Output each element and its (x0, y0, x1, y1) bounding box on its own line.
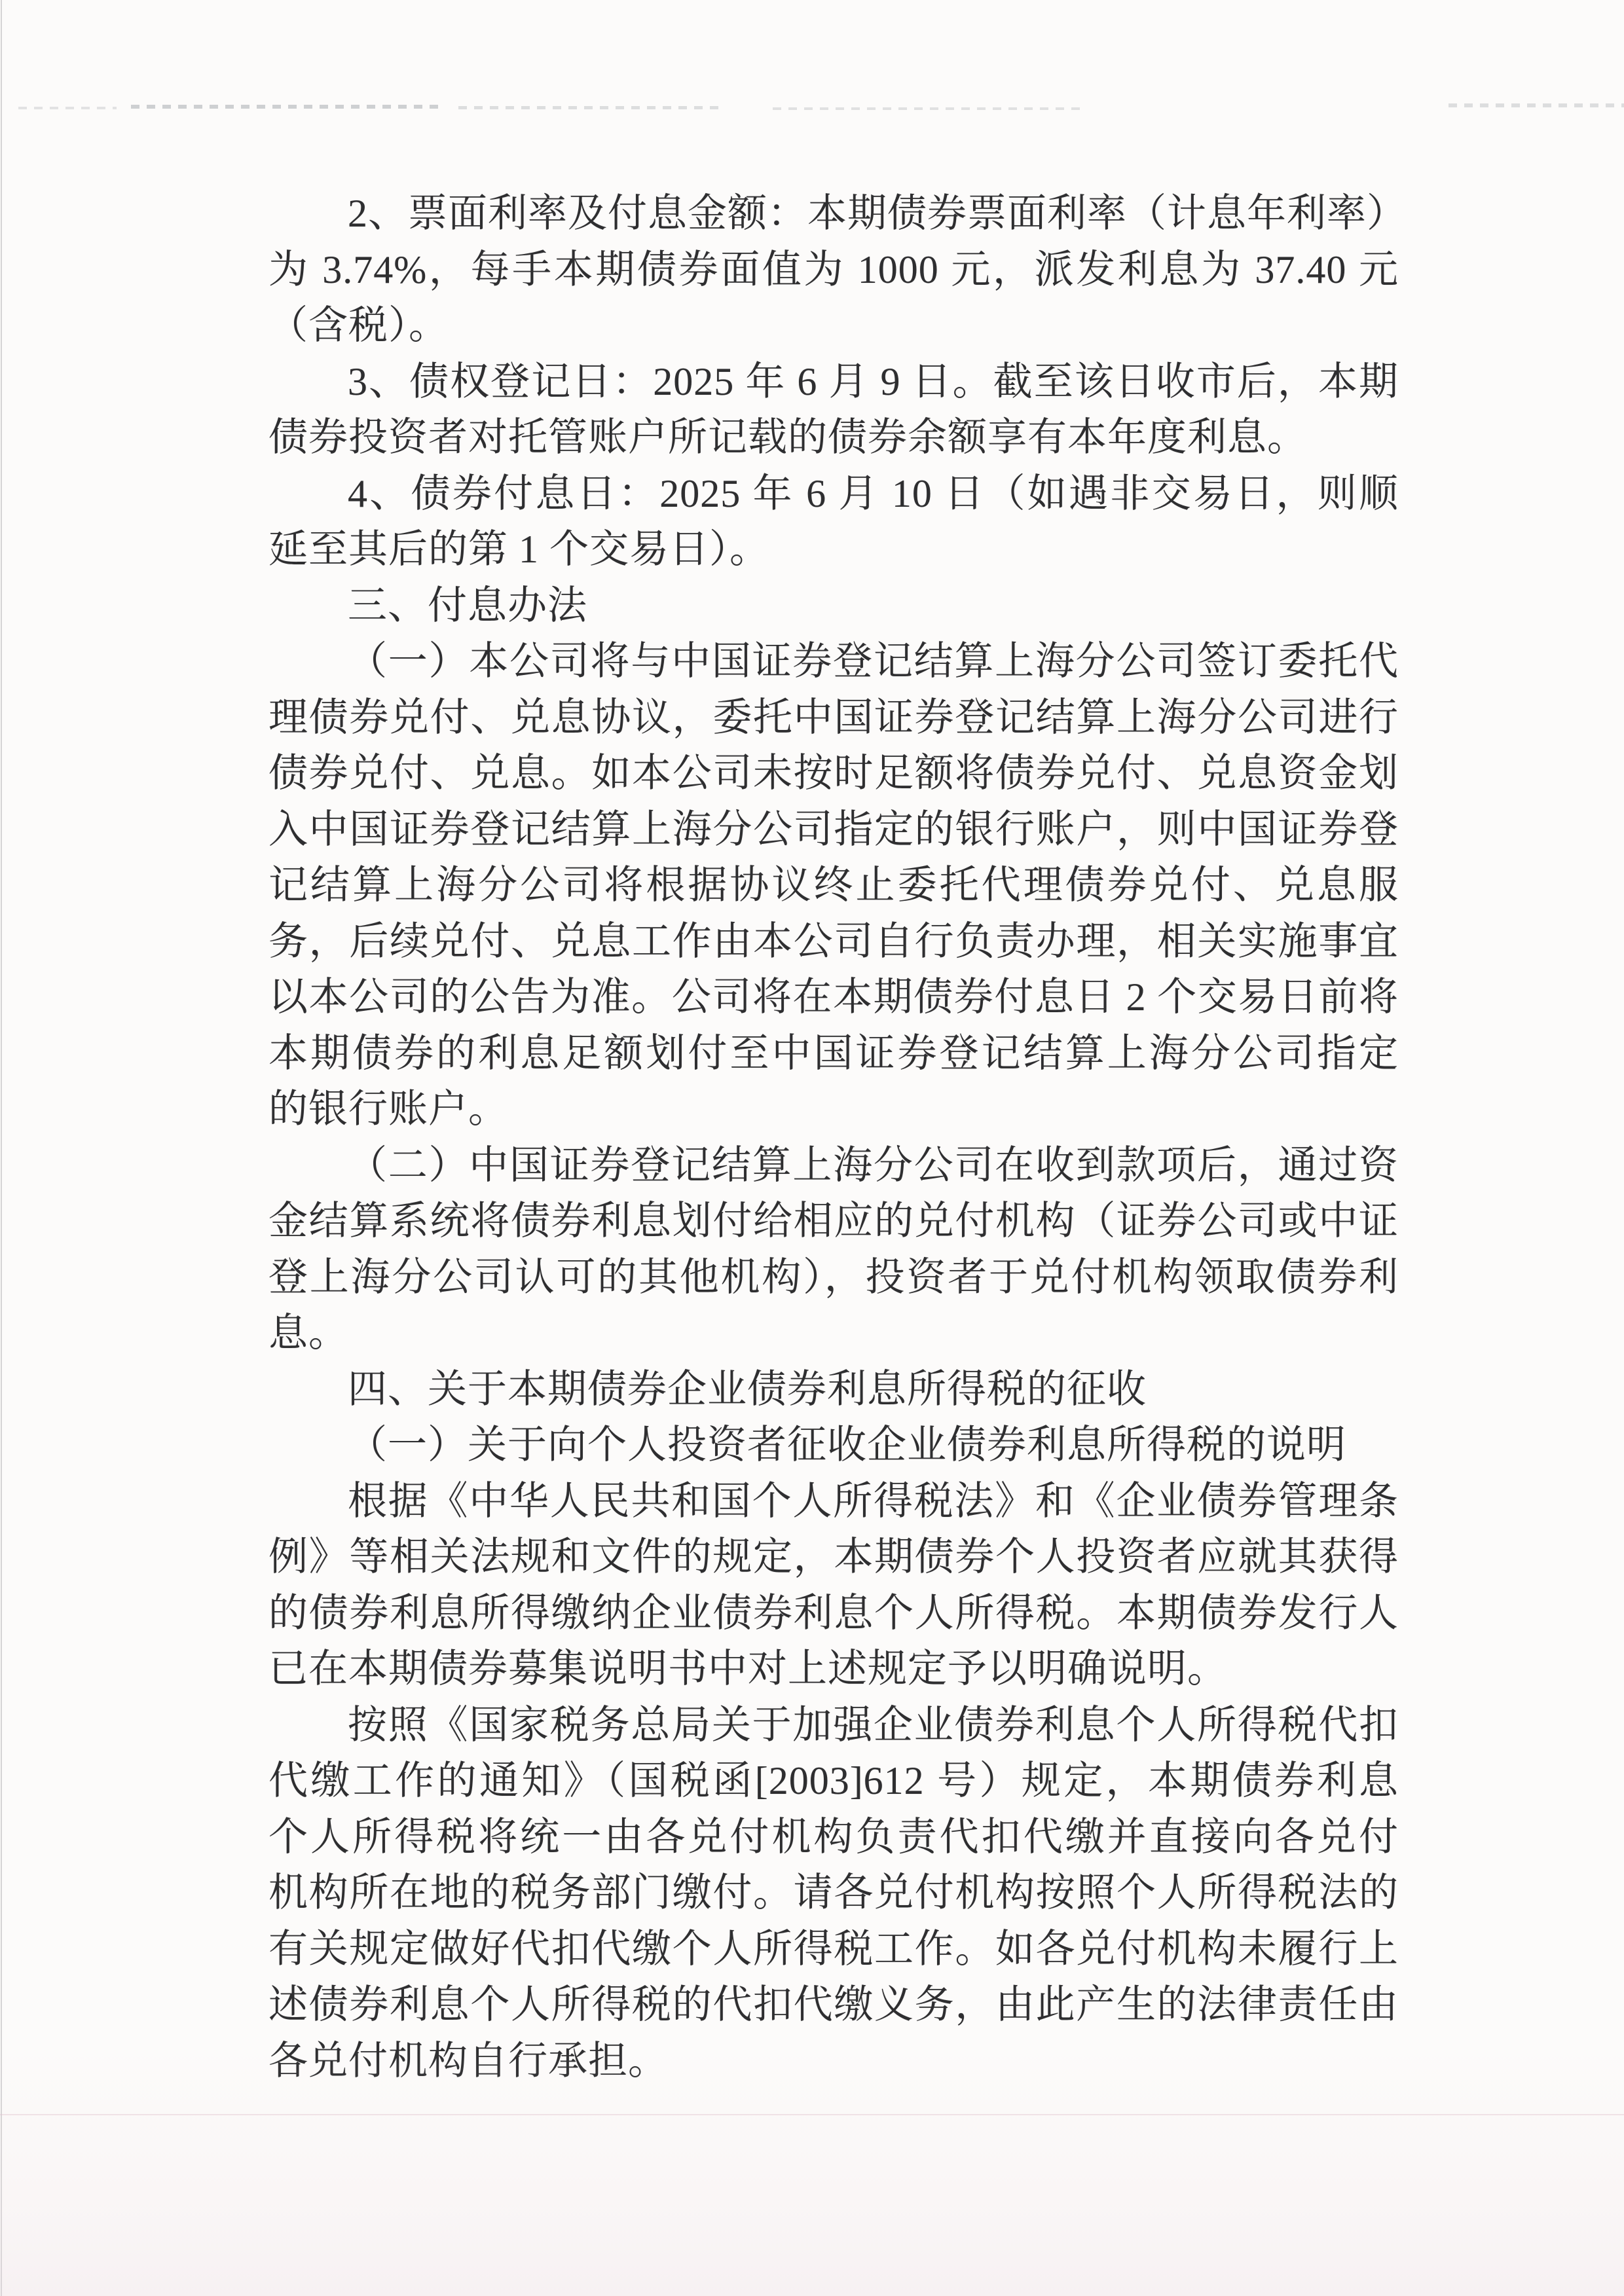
text-line: 机构所在地的税务部门缴付。请各兑付机构按照个人所得税法的 (268, 1865, 1399, 1922)
text-line: 述债券利息个人所得税的代扣代缴义务，由此产生的法律责任由 (268, 1977, 1399, 2033)
text-line: 息。 (268, 1305, 1399, 1362)
text-line: 延至其后的第 1 个交易日）。 (268, 522, 1399, 578)
text-line: 已在本期债券募集说明书中对上述规定予以明确说明。 (268, 1641, 1399, 1698)
scan-noise-dash (458, 106, 720, 109)
text-line: 按照《国家税务总局关于加强企业债券利息个人所得税代扣 (268, 1698, 1399, 1754)
text-line: 债券投资者对托管账户所记载的债券余额享有本年度利息。 (268, 410, 1399, 466)
text-line: 个人所得税将统一由各兑付机构负责代扣代缴并直接向各兑付 (268, 1810, 1399, 1866)
text-line: 四、关于本期债券企业债券利息所得税的征收 (268, 1362, 1399, 1418)
text-line: 本期债券的利息足额划付至中国证券登记结算上海分公司指定 (268, 1026, 1399, 1082)
text-line: 根据《中华人民共和国个人所得税法》和《企业债券管理条 (268, 1474, 1399, 1530)
text-line: 入中国证券登记结算上海分公司指定的银行账户，则中国证券登 (268, 802, 1399, 858)
text-line: （二）中国证券登记结算上海分公司在收到款项后，通过资 (268, 1138, 1399, 1194)
text-line: 的银行账户。 (268, 1082, 1399, 1138)
text-line: （一）关于向个人投资者征收企业债券利息所得税的说明 (268, 1417, 1399, 1474)
text-line: （一）本公司将与中国证券登记结算上海分公司签订委托代 (268, 634, 1399, 690)
scanner-edge-shadow (1, 0, 2, 2296)
scan-noise-dash (1449, 103, 1624, 107)
text-line: 为 3.74%，每手本期债券面值为 1000 元，派发利息为 37.40 元 (268, 242, 1399, 299)
text-line: 的债券利息所得缴纳企业债券利息个人所得税。本期债券发行人 (268, 1586, 1399, 1642)
text-line: 4、债券付息日：2025 年 6 月 10 日（如遇非交易日，则顺 (268, 466, 1399, 522)
text-line: 例》等相关法规和文件的规定，本期债券个人投资者应就其获得 (268, 1529, 1399, 1586)
text-line: 金结算系统将债券利息划付给相应的兑付机构（证券公司或中证 (268, 1194, 1399, 1250)
scan-noise-dash (131, 105, 439, 109)
text-line: 登上海分公司认可的其他机构），投资者于兑付机构领取债券利 (268, 1250, 1399, 1306)
text-line: 三、付息办法 (268, 578, 1399, 634)
scan-artifact-line (0, 2114, 1624, 2115)
scan-noise-dash (773, 107, 1087, 110)
text-line: 务，后续兑付、兑息工作由本公司自行负责办理，相关实施事宜 (268, 914, 1399, 970)
text-line: 记结算上海分公司将根据协议终止委托代理债券兑付、兑息服 (268, 858, 1399, 914)
text-line: （含税）。 (268, 298, 1399, 354)
text-line: 3、债权登记日：2025 年 6 月 9 日。截至该日收市后，本期 (268, 354, 1399, 410)
text-line: 2、票面利率及付息金额：本期债券票面利率（计息年利率） (268, 186, 1399, 242)
text-line: 各兑付机构自行承担。 (268, 2033, 1399, 2090)
scanned-document-page: 2、票面利率及付息金额：本期债券票面利率（计息年利率）为 3.74%，每手本期债… (0, 0, 1624, 2296)
text-line: 债券兑付、兑息。如本公司未按时足额将债券兑付、兑息资金划 (268, 746, 1399, 802)
text-line: 理债券兑付、兑息协议，委托中国证券登记结算上海分公司进行 (268, 690, 1399, 746)
document-text: 2、票面利率及付息金额：本期债券票面利率（计息年利率）为 3.74%，每手本期债… (268, 186, 1399, 2089)
text-line: 以本公司的公告为准。公司将在本期债券付息日 2 个交易日前将 (268, 970, 1399, 1026)
scan-noise-dash (18, 107, 117, 109)
text-line: 代缴工作的通知》（国税函[2003]612 号）规定，本期债券利息 (268, 1753, 1399, 1810)
text-line: 有关规定做好代扣代缴个人所得税工作。如各兑付机构未履行上 (268, 1922, 1399, 1978)
